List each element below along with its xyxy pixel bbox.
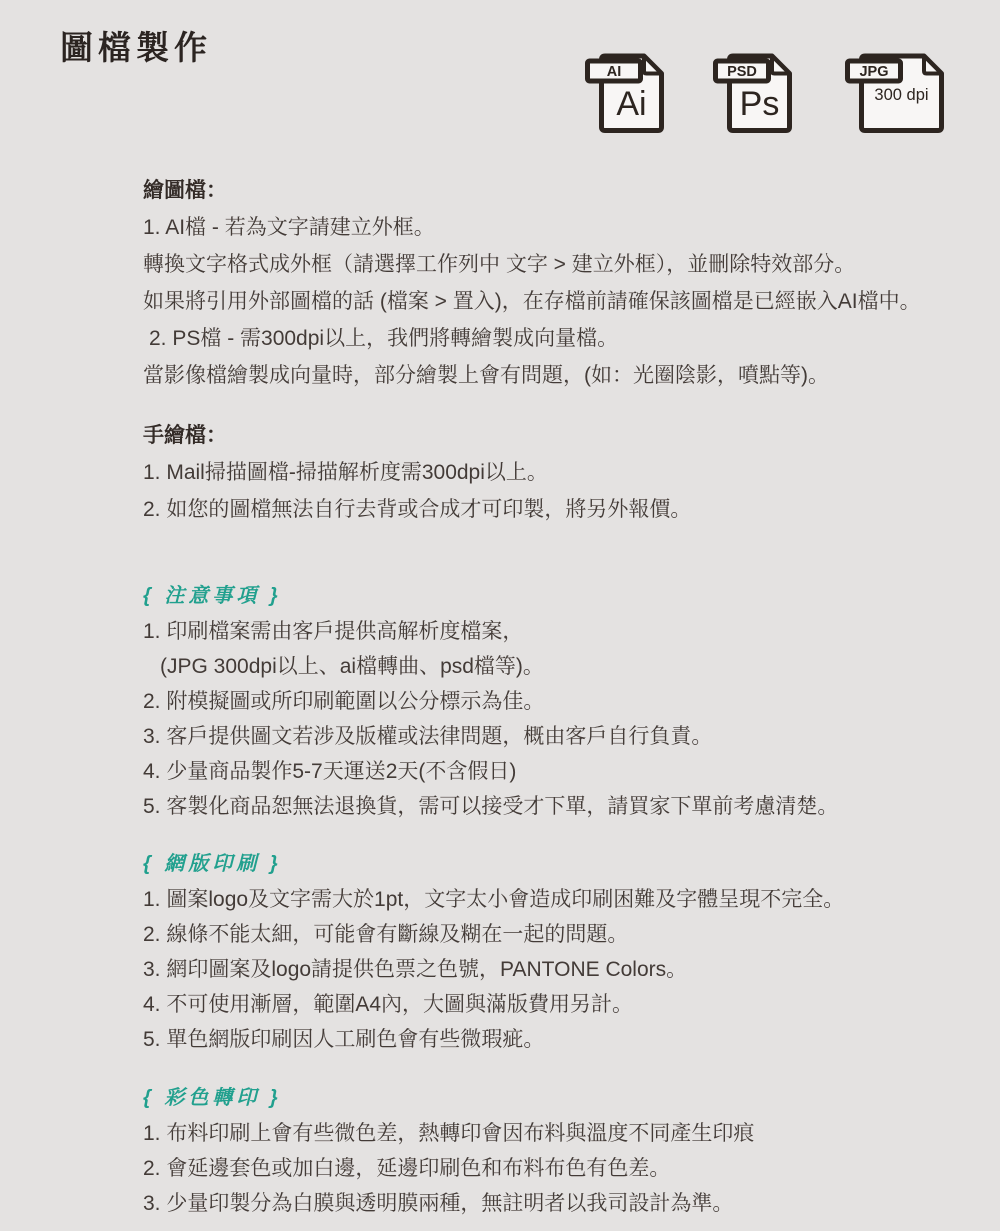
list-item: 如果將引用外部圖檔的話 (檔案 > 置入)，在存檔前請確保該圖檔是已經嵌入AI檔…: [143, 283, 988, 320]
list-item: 2. 線條不能太細，可能會有斷線及糊在一起的問題。: [143, 917, 988, 952]
section-color-transfer: { 彩色轉印 } 1. 布料印刷上會有些微色差，熱轉印會因布料與溫度不同產生印痕…: [143, 1080, 988, 1221]
list-item: 1. AI檔 - 若為文字請建立外框。: [143, 209, 988, 246]
list-item: 2. PS檔 - 需300dpi以上，我們將轉繪製成向量檔。: [143, 320, 988, 357]
list-item: 3. 網印圖案及logo請提供色票之色號，PANTONE Colors。: [143, 952, 988, 987]
section-screen-printing: { 網版印刷 } 1. 圖案logo及文字需大於1pt，文字太小會造成印刷困難及…: [143, 846, 988, 1057]
list-item: 2. 附模擬圖或所印刷範圍以公分標示為佳。: [143, 684, 988, 719]
jpg-body-label: 300 dpi: [874, 86, 928, 104]
list-item: 當影像檔繪製成向量時，部分繪製上會有問題，(如：光圈陰影，噴點等)。: [143, 357, 988, 394]
document-page: 圖檔製作 AI Ai PSD Ps JPG 300 dpi 繪圖檔： 1. AI…: [0, 0, 1000, 1231]
psd-body-label: Ps: [740, 85, 780, 123]
psd-tab-label: PSD: [727, 64, 757, 80]
list-item: 5. 客製化商品恕無法退換貨，需可以接受才下單，請買家下單前考慮清楚。: [143, 789, 988, 824]
list-item: 3. 客戶提供圖文若涉及版權或法律問題，概由客戶自行負責。: [143, 719, 988, 754]
list-item: 1. 圖案logo及文字需大於1pt，文字太小會造成印刷困難及字體呈現不完全。: [143, 882, 988, 917]
psd-folded-corner-icon: [772, 56, 790, 74]
list-item: 3. 少量印製分為白膜與透明膜兩種，無註明者以我司設計為準。: [143, 1186, 988, 1221]
section-hand-drawn-files: 手繪檔： 1. Mail掃描圖檔-掃描解析度需300dpi以上。 2. 如您的圖…: [143, 417, 988, 528]
list-item: 轉換文字格式成外框（請選擇工作列中 文字 > 建立外框），並刪除特效部分。: [143, 246, 988, 283]
page-title: 圖檔製作: [60, 22, 212, 69]
section-heading: { 網版印刷 }: [143, 846, 988, 882]
list-item: (JPG 300dpi以上、ai檔轉曲、psd檔等)。: [143, 649, 988, 684]
jpg-folded-corner-icon: [924, 56, 942, 74]
ai-folded-corner-icon: [644, 56, 662, 74]
ai-tab-label: AI: [607, 64, 622, 80]
ai-body-label: Ai: [616, 85, 646, 123]
jpg-tab-label: JPG: [859, 64, 888, 80]
section-heading: { 注意事項 }: [143, 578, 988, 614]
list-item: 4. 少量商品製作5-7天運送2天(不含假日): [143, 754, 988, 789]
section-heading: 手繪檔：: [143, 417, 988, 454]
psd-file-icon: PSD Ps: [713, 53, 818, 134]
list-item: 1. Mail掃描圖檔-掃描解析度需300dpi以上。: [143, 454, 988, 491]
section-notes: { 注意事項 } 1. 印刷檔案需由客戶提供高解析度檔案， (JPG 300dp…: [143, 578, 988, 824]
jpg-file-icon: JPG 300 dpi: [845, 53, 963, 134]
list-item: 4. 不可使用漸層，範圍A4內，大圖與滿版費用另計。: [143, 987, 988, 1022]
list-item: 2. 如您的圖檔無法自行去背或合成才可印製，將另外報價。: [143, 491, 988, 528]
ai-file-icon: AI Ai: [585, 53, 690, 134]
list-item: 1. 印刷檔案需由客戶提供高解析度檔案，: [143, 614, 988, 649]
section-heading: { 彩色轉印 }: [143, 1080, 988, 1116]
section-drawing-files: 繪圖檔： 1. AI檔 - 若為文字請建立外框。 轉換文字格式成外框（請選擇工作…: [143, 172, 988, 394]
list-item: 5. 單色網版印刷因人工刷色會有些微瑕疵。: [143, 1022, 988, 1057]
list-item: 1. 布料印刷上會有些微色差，熱轉印會因布料與溫度不同產生印痕: [143, 1116, 988, 1151]
section-heading: 繪圖檔：: [143, 172, 988, 209]
list-item: 2. 會延邊套色或加白邊，延邊印刷色和布料布色有色差。: [143, 1151, 988, 1186]
